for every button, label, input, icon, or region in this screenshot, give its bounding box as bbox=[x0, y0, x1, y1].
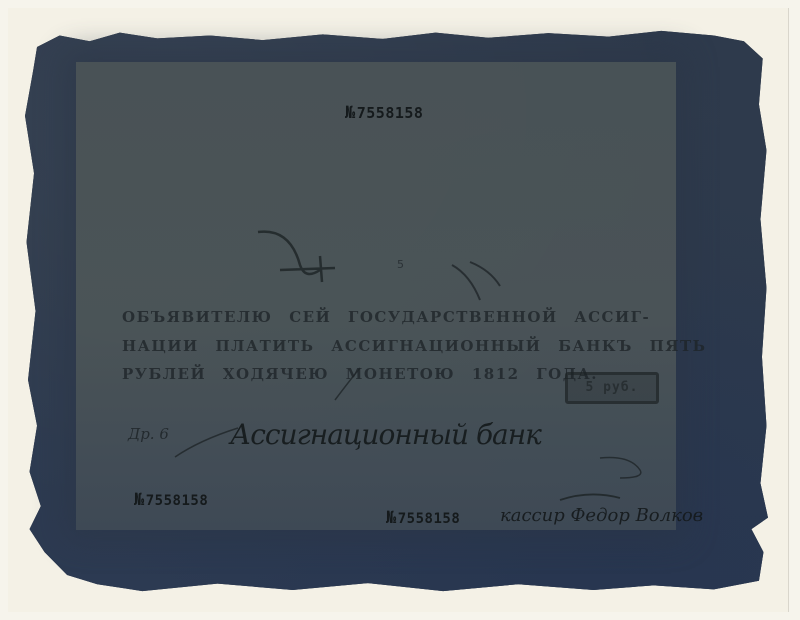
serial-number-bottom-right: №7558158 bbox=[386, 508, 460, 528]
number-sign: № bbox=[134, 490, 145, 510]
serial-value: 7558158 bbox=[398, 511, 461, 527]
denomination-stamp: 5 руб. bbox=[565, 372, 659, 404]
number-sign: № bbox=[345, 103, 356, 123]
serial-number-bottom-left: №7558158 bbox=[134, 490, 208, 510]
body-text-line-3: рублей ходячею монетою 1812 года. bbox=[122, 365, 598, 383]
dr-label: Др. 6 bbox=[128, 425, 169, 443]
signature-main: Ассигнационный банк bbox=[230, 418, 541, 451]
signature-cashier: кассир Федор Волков bbox=[500, 505, 703, 526]
number-sign: № bbox=[386, 508, 397, 528]
banknote-watermark-panel bbox=[76, 62, 676, 530]
serial-value: 7558158 bbox=[357, 104, 424, 122]
serial-number-top: №7558158 bbox=[345, 103, 423, 123]
denomination-mark: 5 bbox=[397, 258, 404, 271]
body-text-line-1: Объявителю сей государственной ассиг- bbox=[122, 308, 650, 326]
body-text-line-2: нации платить ассигнационный банкъ пять bbox=[122, 337, 707, 355]
serial-value: 7558158 bbox=[146, 493, 209, 509]
